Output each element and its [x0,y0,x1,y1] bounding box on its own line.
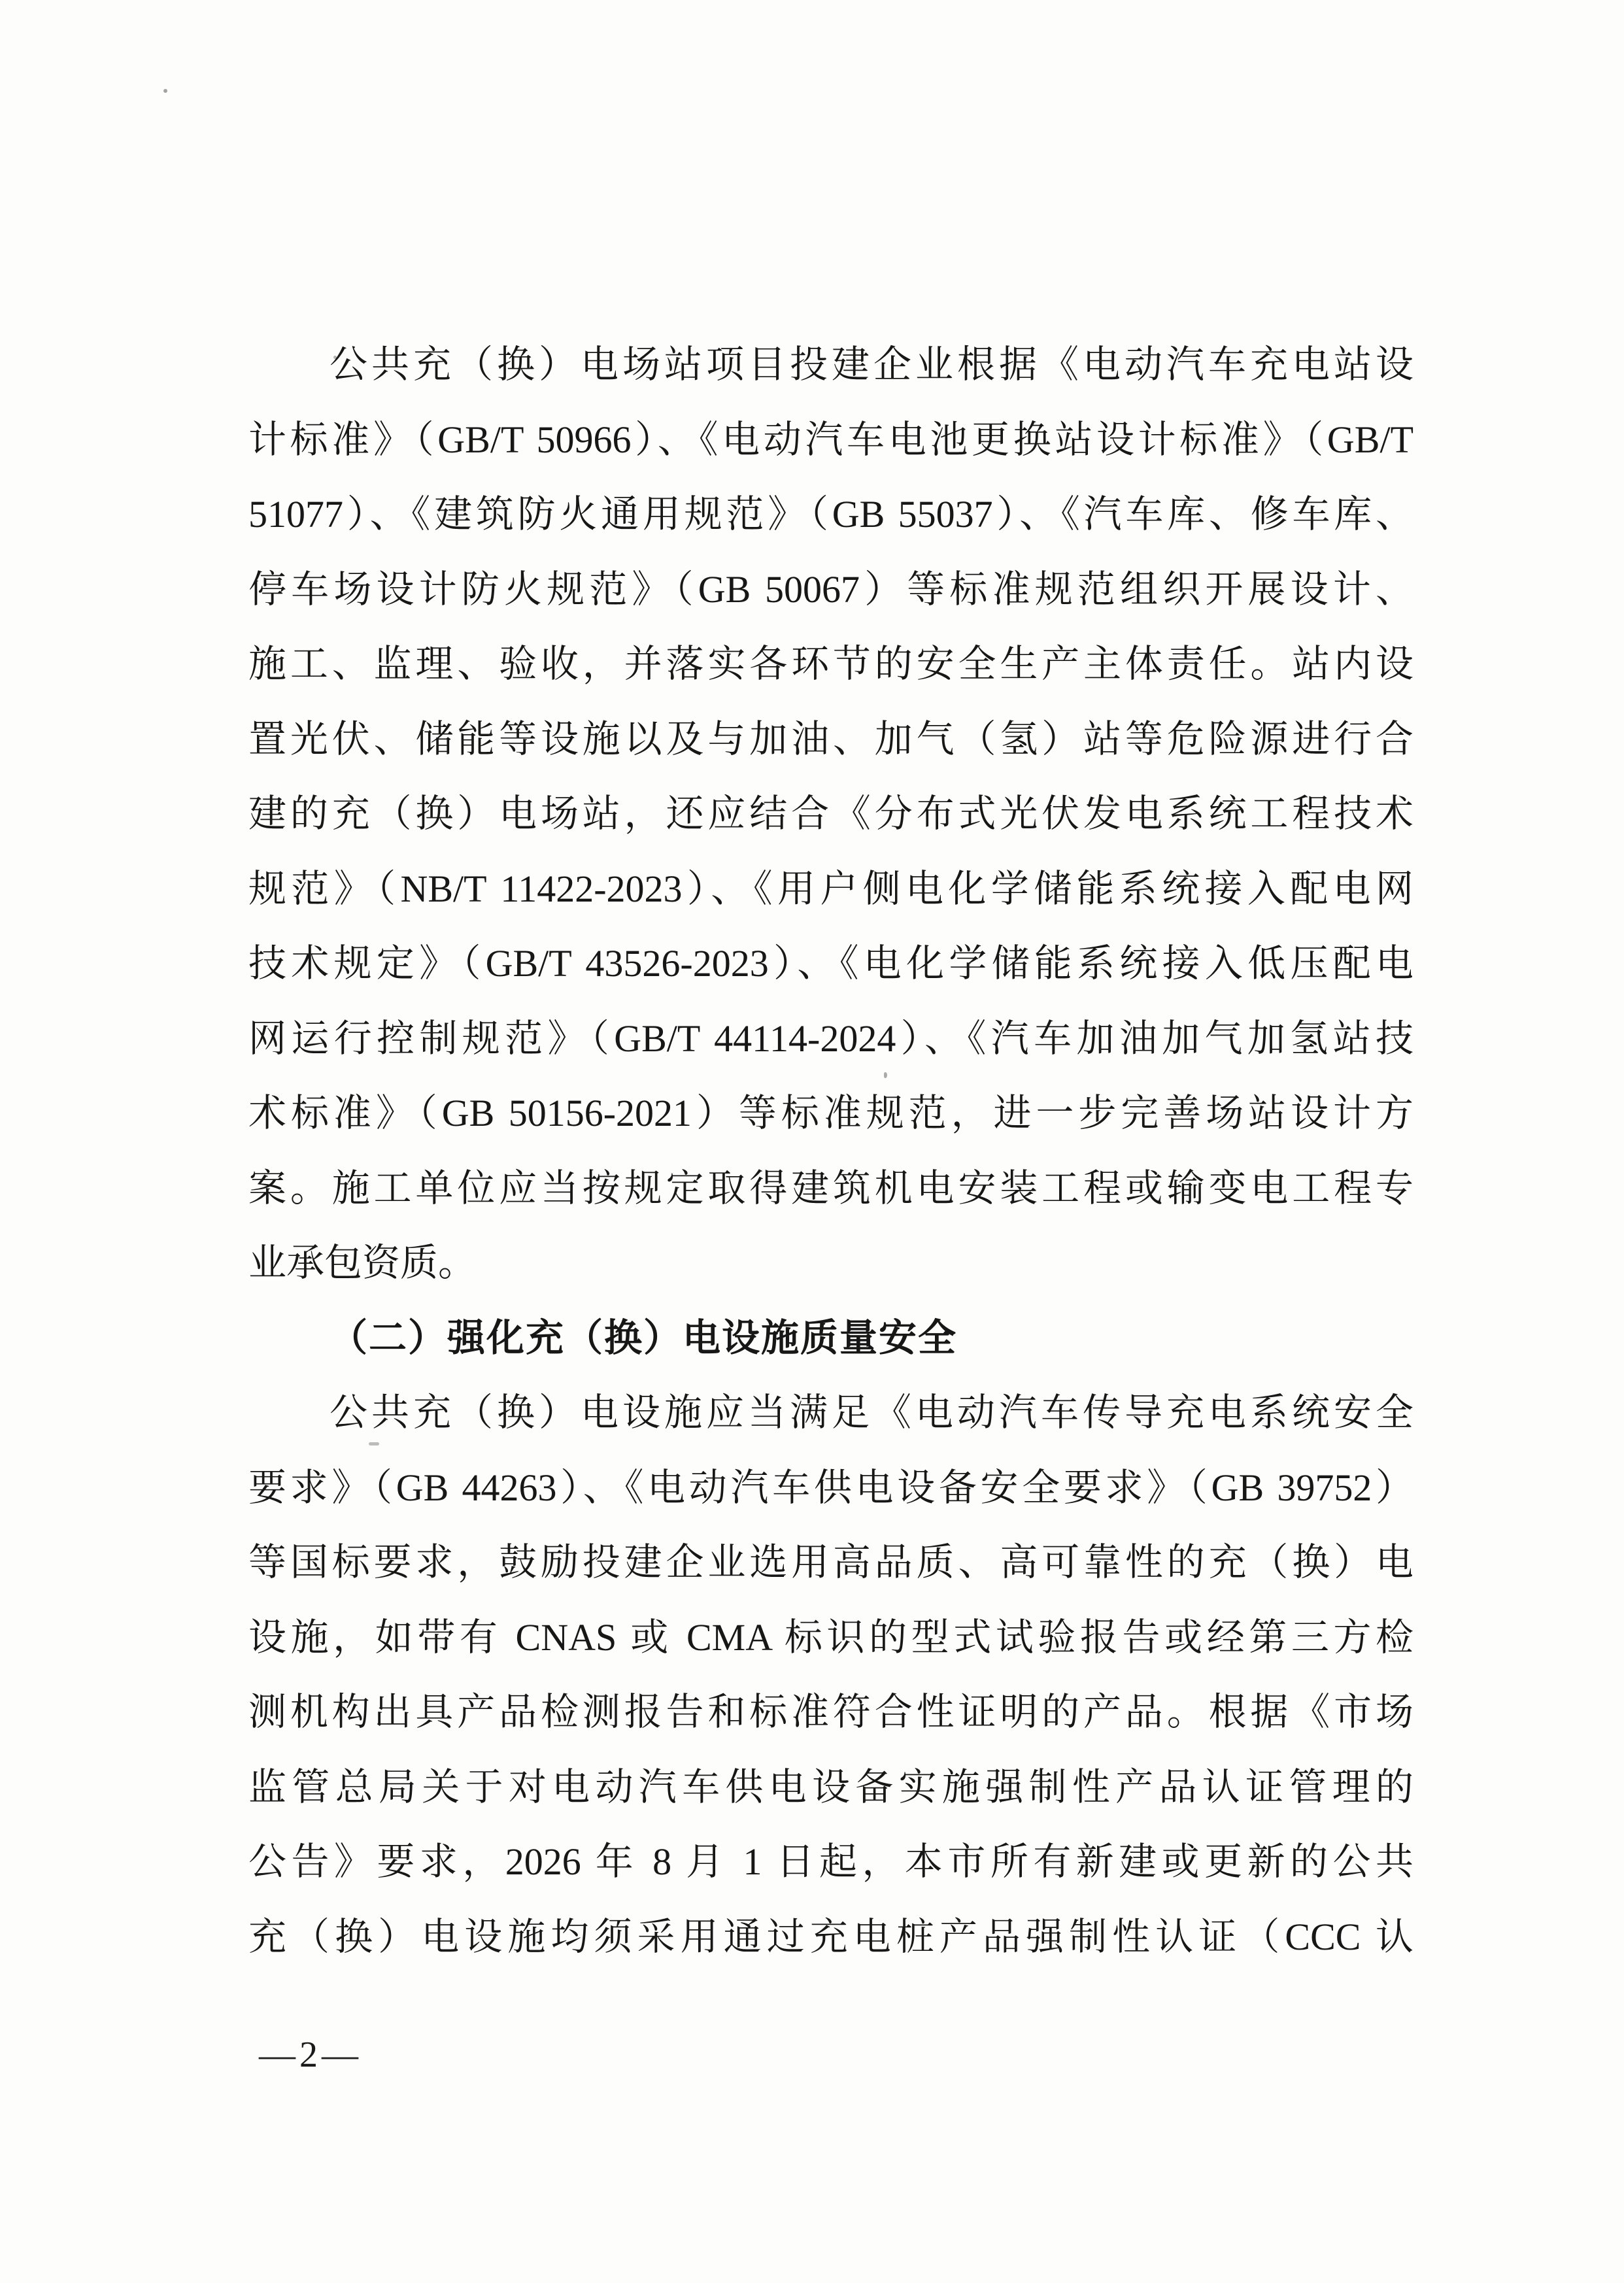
text-line: 技术规定》（GB/T 43526-2023）、《电化学储能系统接入低压配电 [248,926,1413,1002]
text-line: 术标准》（GB 50156-2021）等标准规范，进一步完善场站设计方 [248,1076,1413,1151]
scanned-document-page: 公共充（换）电场站项目投建企业根据《电动汽车充电站设 计标准》（GB/T 509… [0,0,1624,2283]
text-line: 网运行控制规范》（GB/T 44114-2024）、《汽车加油加气加氢站技 [248,1002,1413,1077]
text-line: 规范》（NB/T 11422-2023）、《用户侧电化学储能系统接入配电网 [248,852,1413,927]
text-line: 公共充（换）电设施应当满足《电动汽车传导充电系统安全 [248,1376,1413,1451]
page-number: —2— [259,2032,362,2078]
text-line: 施工、监理、验收，并落实各环节的安全生产主体责任。站内设 [248,627,1413,702]
document-body: 公共充（换）电场站项目投建企业根据《电动汽车充电站设 计标准》（GB/T 509… [248,328,1413,1974]
text-line: 建的充（换）电场站，还应结合《分布式光伏发电系统工程技术 [248,777,1413,852]
text-line: 51077）、《建筑防火通用规范》（GB 55037）、《汽车库、修车库、 [248,477,1413,552]
text-line: 要求》（GB 44263）、《电动汽车供电设备安全要求》（GB 39752） [248,1451,1413,1526]
text-line: 等国标要求，鼓励投建企业选用高品质、高可靠性的充（换）电 [248,1525,1413,1600]
text-line: 测机构出具产品检测报告和标准符合性证明的产品。根据《市场 [248,1675,1413,1750]
text-line: 计标准》（GB/T 50966）、《电动汽车电池更换站设计标准》（GB/T [248,403,1413,478]
text-line: 公共充（换）电场站项目投建企业根据《电动汽车充电站设 [248,328,1413,403]
text-line: 公告》要求，2026 年 8 月 1 日起，本市所有新建或更新的公共 [248,1825,1413,1900]
text-line: 充（换）电设施均须采用通过充电桩产品强制性认证（CCC 认 [248,1900,1413,1975]
scan-speck [163,89,167,93]
text-line: 设施，如带有 CNAS 或 CMA 标识的型式试验报告或经第三方检 [248,1600,1413,1676]
text-line: 业承包资质。 [248,1226,1413,1301]
text-line: 置光伏、储能等设施以及与加油、加气（氢）站等危险源进行合 [248,702,1413,777]
text-line: 停车场设计防火规范》（GB 50067）等标准规范组织开展设计、 [248,552,1413,628]
section-heading: （二）强化充（换）电设施质量安全 [248,1301,1413,1376]
text-line: 案。施工单位应当按规定取得建筑机电安装工程或输变电工程专 [248,1151,1413,1226]
text-line: 监管总局关于对电动汽车供电设备实施强制性产品认证管理的 [248,1750,1413,1825]
